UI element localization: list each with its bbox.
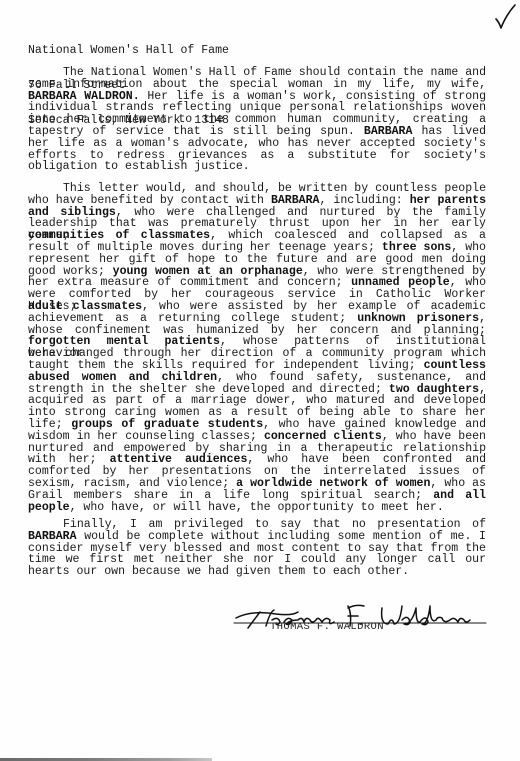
text-run: hearts our own because we had given them… [28, 565, 409, 578]
letter-page: National Women's Hall of Fame 76 Fall St… [0, 0, 520, 761]
text-line: people, who have, or will have, the oppo… [28, 502, 486, 514]
text-run: , who have, or will have, the opportunit… [70, 501, 444, 514]
signature-block: THOMAS F. WALDRON [232, 598, 492, 638]
text-line: obligation to establish justice. [28, 161, 486, 173]
address-line-organization: National Women's Hall of Fame [28, 45, 229, 57]
text-run: obligation to establish justice. [28, 160, 250, 173]
text-line: hearts our own because we had given them… [28, 566, 486, 578]
paragraph-beneficiaries: This letter would, and should, be writte… [28, 183, 486, 513]
bold-phrase: people [28, 501, 70, 514]
paragraph-closing: Finally, I am privileged to say that no … [28, 519, 486, 578]
checkmark-icon [494, 4, 516, 30]
typed-signer-name: THOMAS F. WALDRON [270, 621, 384, 633]
paragraph-introduction: The National Women's Hall of Fame should… [28, 67, 486, 173]
